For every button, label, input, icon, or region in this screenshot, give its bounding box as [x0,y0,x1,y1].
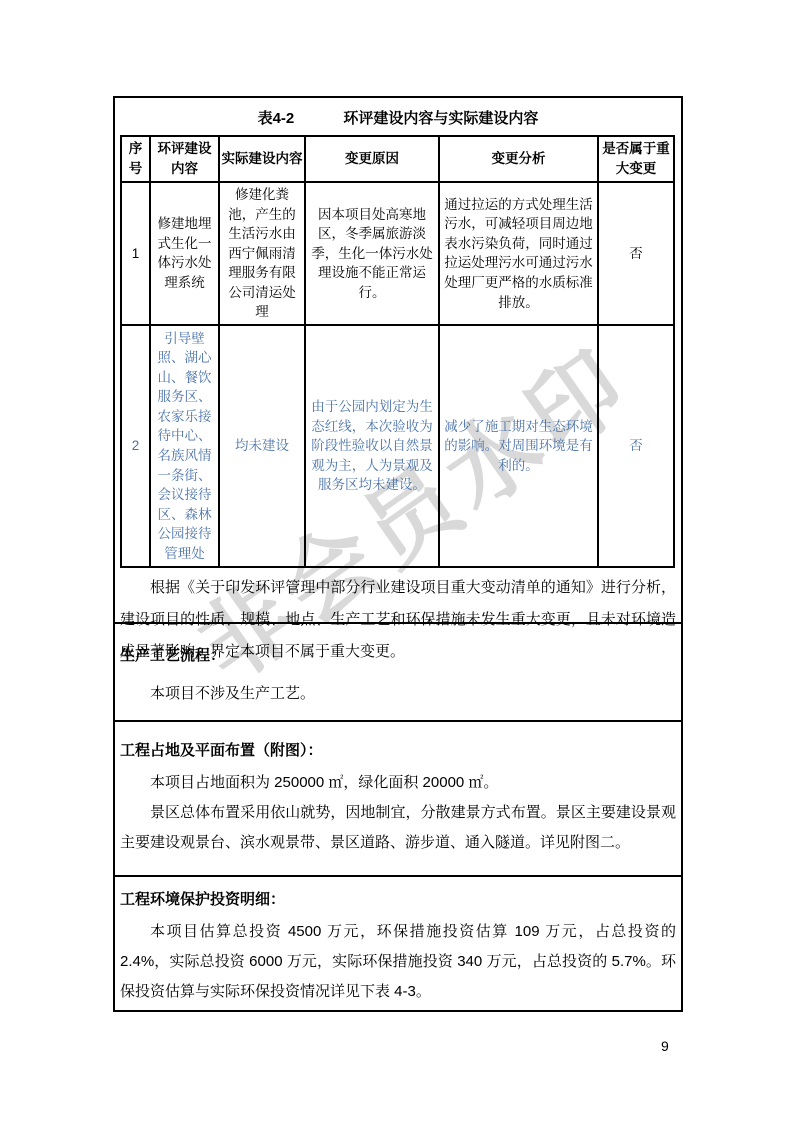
header-eia-content: 环评建设内容 [150,136,219,182]
page-number: 9 [661,1038,669,1054]
form-outer-box: 表4-2 环评建设内容与实际建设内容 序号 环评建设内容 实际建设内容 [113,96,683,1012]
table-row-2: 2 引导壁照、湖心山、餐饮服务区、农家乐接待中心、名族风情一条街、会议接待区、森… [121,325,674,567]
cell-eia-content: 引导壁照、湖心山、餐饮服务区、农家乐接待中心、名族风情一条街、会议接待区、森林公… [150,325,219,567]
header-change-analysis: 变更分析 [439,136,598,182]
section-paragraph: 本项目占地面积为 250000 ㎡，绿化面积 20000 ㎡。 [120,768,676,798]
cell-change-reason: 由于公园内划定为生态红线，本次验收为阶段性验收以自然景观为主，人为景观及服务区均… [305,325,439,567]
table-section: 表4-2 环评建设内容与实际建设内容 序号 环评建设内容 实际建设内容 [115,98,681,622]
cell-major-change: 否 [598,182,674,325]
section-paragraph: 本项目不涉及生产工艺。 [120,679,676,709]
header-actual-content: 实际建设内容 [219,136,305,182]
table-title: 表4-2 环评建设内容与实际建设内容 [115,98,681,135]
section-environmental-investment: 工程环境保护投资明细： 本项目估算总投资 4500 万元，环保措施投资估算 10… [115,875,681,1008]
change-comparison-table: 序号 环评建设内容 实际建设内容 变更原因 变更分析 是否属于重大变更 1 修建… [120,135,675,568]
header-serial: 序号 [121,136,150,182]
cell-change-analysis: 通过拉运的方式处理生活污水，可减轻项目周边地表水污染负荷，同时通过拉运处理污水可… [439,182,598,325]
table-number-label: 表4-2 [258,110,295,127]
cell-serial: 2 [121,325,150,567]
header-major-change: 是否属于重大变更 [598,136,674,182]
document-page: 非会员水印 表4-2 环评建设内容与实际建设内容 序号 [0,0,793,1122]
section-site-layout: 工程占地及平面布置（附图）： 本项目占地面积为 250000 ㎡，绿化面积 20… [115,720,681,875]
section-paragraph: 本项目估算总投资 4500 万元，环保措施投资估算 109 万元，占总投资的 2… [120,917,676,1007]
section-heading: 工程环境保护投资明细： [120,890,676,910]
cell-change-reason: 因本项目处高寒地区，冬季属旅游淡季，生化一体污水处理设施不能正常运行。 [305,182,439,325]
table-header-row: 序号 环评建设内容 实际建设内容 变更原因 变更分析 是否属于重大变更 [121,136,674,182]
table-title-text: 环评建设内容与实际建设内容 [343,110,538,127]
cell-change-analysis: 减少了施工期对生态环境的影响。对周围环境是有利的。 [439,325,598,567]
section-paragraph: 景区总体布置采用依山就势，因地制宜，分散建景方式布置。景区主要建设景观主要建设观… [120,798,676,858]
cell-actual-content: 修建化粪池，产生的生活污水由西宁佩雨清理服务有限公司清运处理 [219,182,305,325]
cell-actual-content: 均未建设 [219,325,305,567]
cell-serial: 1 [121,182,150,325]
cell-eia-content: 修建地埋式生化一体污水处理系统 [150,182,219,325]
table-row-1: 1 修建地埋式生化一体污水处理系统 修建化粪池，产生的生活污水由西宁佩雨清理服务… [121,182,674,325]
cell-major-change: 否 [598,325,674,567]
section-heading: 工程占地及平面布置（附图）： [120,741,676,761]
header-change-reason: 变更原因 [305,136,439,182]
